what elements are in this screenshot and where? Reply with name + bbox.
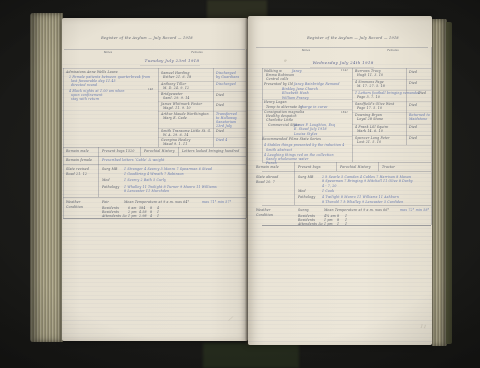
entry-status: Died (409, 103, 417, 107)
remain-male-label: Remain male (256, 165, 279, 169)
table-left-border (63, 68, 64, 218)
section-rule (262, 205, 431, 206)
admissions-line: Admissions Anne Wells Laura (66, 70, 118, 74)
cell-tick (294, 162, 295, 171)
table-right-border (431, 47, 432, 225)
journal-line: Smith abstract (266, 148, 292, 152)
book-cover-edge (446, 22, 452, 344)
table-left-border (262, 68, 263, 162)
dept-list: 1 Searcy 2 Bath 5 Curly (124, 178, 166, 182)
entry-status: Died (418, 91, 426, 95)
entry-status: Maidstone (409, 117, 427, 121)
staff-label: Road 21. 12 (66, 172, 87, 176)
journal-line: Central calls (266, 77, 288, 81)
cell-tick (378, 162, 379, 171)
right-page: Register of the Asylum — July Record — 1… (248, 16, 432, 345)
entry-date: Lost 21. 5. 10 (357, 140, 381, 144)
cell-tick (178, 147, 179, 156)
section-rule (262, 162, 431, 163)
remain-male-label: Remain male (66, 149, 89, 153)
entry-date: Mark 14. 6. 10 (357, 129, 383, 133)
column-header-females: Females (187, 51, 207, 54)
day-heading: Tuesday July 23rd 1918 (122, 58, 222, 63)
entry-date: Hugh 11. 3. 10 (357, 73, 383, 77)
entry-date: Maud 9. 1. 11 (163, 142, 187, 146)
weather-note: max 72° min 58° (400, 208, 429, 212)
dept-label: Surg MB (102, 167, 117, 171)
section-rule-bottom (63, 218, 246, 219)
admission-note-line: directed round (71, 83, 97, 87)
pencil-mark: 11 (420, 324, 428, 331)
section-rule (63, 156, 246, 157)
weather-note: max 71° min 57° (202, 200, 231, 204)
dept-label: Med (102, 178, 110, 182)
dept-label: Pathology (298, 195, 315, 199)
book-cradle-bottom (203, 343, 299, 368)
dept-list: 1 Cook (322, 189, 334, 193)
table-divider (352, 68, 353, 162)
dept-label: Med (298, 189, 306, 193)
remain-male-seg: Parochial History (340, 165, 371, 169)
entry-date: Loyal 28 Stone (357, 117, 383, 121)
entry-status: Died (409, 81, 417, 85)
column-header-males: Males (296, 49, 316, 52)
left-page: Register of the Asylum — July Record — 1… (62, 18, 248, 341)
condition-label: Condition (66, 205, 83, 209)
entry-status: by Guardians (216, 75, 239, 79)
entry-date: Page 5. 7. 10 (357, 95, 380, 99)
dept-list: 8 Lancaster 11 Murchden (124, 189, 169, 193)
entry-date: Esther 21. 6. 18 (163, 75, 191, 79)
admission-note-line: stay with return (71, 97, 99, 101)
day-heading-underline (140, 65, 200, 66)
section-rule (63, 197, 246, 198)
entry-status: Died 4 (216, 138, 227, 142)
cell-tick (98, 156, 99, 164)
remain-male-seg: Letters looked bringing hundred (182, 149, 239, 153)
entry-date: M. D. 24. 9. 12 (163, 86, 189, 90)
remain-female-text: Prescribed letters ‘Cable’ & weight (102, 158, 164, 162)
condition-label: Condition (256, 213, 273, 217)
remain-male-seg: Present boys 1520 (102, 149, 135, 153)
reference-number: 1141 (341, 69, 348, 72)
photograph-of-open-ledger: Register of the Asylum — July Record — 1… (0, 0, 480, 368)
entry-date: Page 17. 5. 10 (357, 106, 382, 110)
journal-line: Recommended Films State Series (262, 137, 321, 141)
page-header-title: Register of the Asylum — July Record — 1… (72, 36, 222, 40)
cell-tick (140, 147, 141, 156)
section-rule (63, 147, 246, 148)
pencil-mark: ⁄ (229, 316, 232, 324)
reference-number: 1841 (341, 111, 348, 114)
section-rule (262, 171, 431, 172)
dept-label: Surg MB (298, 175, 313, 179)
entry-status: Died (216, 129, 224, 133)
entry-status: Died (216, 103, 224, 107)
remain-male-seg: Parochial History (144, 149, 175, 153)
weather-label: Weather (66, 200, 81, 204)
dept-list: 8 Thorold 7 h Whalley 9 Lancaster 5 Card… (322, 200, 403, 204)
entry-status: Died (409, 136, 417, 140)
dept-list: 1 Goodbring 4 Wreath 7 Robinson (124, 172, 184, 176)
entry-status: Discharged (216, 82, 236, 86)
reference-number: 146 (148, 88, 153, 91)
right-page-edge-stack (432, 19, 447, 346)
left-page-edge-stack (30, 13, 63, 342)
entry-status: Died (216, 93, 224, 97)
entry-rule (352, 145, 431, 146)
remain-male-seg: Present boys (298, 165, 321, 169)
weather-value: Fair (102, 200, 109, 204)
dept-list: 4 - 7, 20 (322, 184, 337, 188)
entry-date: M. 17. 27. 5. 18 (357, 84, 385, 88)
remain-male-seg: Tractor (382, 165, 395, 169)
entry-status: Died (409, 70, 417, 74)
column-header-females: Females (383, 49, 403, 52)
entry-date: Mary E. Cade (163, 116, 187, 120)
day-heading: Wednesday July 24th 1918 (293, 60, 393, 65)
remain-female-label: Remain female (66, 158, 92, 162)
staff-label: Road 20. 7 (256, 180, 275, 184)
cell-tick (294, 171, 295, 205)
status-column-divider (406, 68, 407, 145)
weather-label: Weather (256, 208, 271, 212)
weather-value: Sunny (298, 208, 309, 212)
dept-label: Pathology (102, 185, 119, 189)
section-rule-bottom (262, 225, 431, 226)
cell-tick (98, 147, 99, 156)
weather-text: Mean Temperature at 9 a.m. was 64° (124, 200, 189, 204)
header-rule (64, 49, 245, 50)
cell-tick (336, 162, 337, 171)
section-rule (63, 164, 246, 165)
column-header-males: Males (98, 51, 118, 54)
entry-status: Died (409, 125, 417, 129)
weather-text: Mean Temperature at 9 a.m. was 66° (324, 208, 389, 212)
cell-tick (98, 164, 99, 197)
pencil-mark-top: 9 (284, 58, 287, 63)
page-header-title: Register of the Asylum — July Record — 1… (278, 36, 428, 40)
